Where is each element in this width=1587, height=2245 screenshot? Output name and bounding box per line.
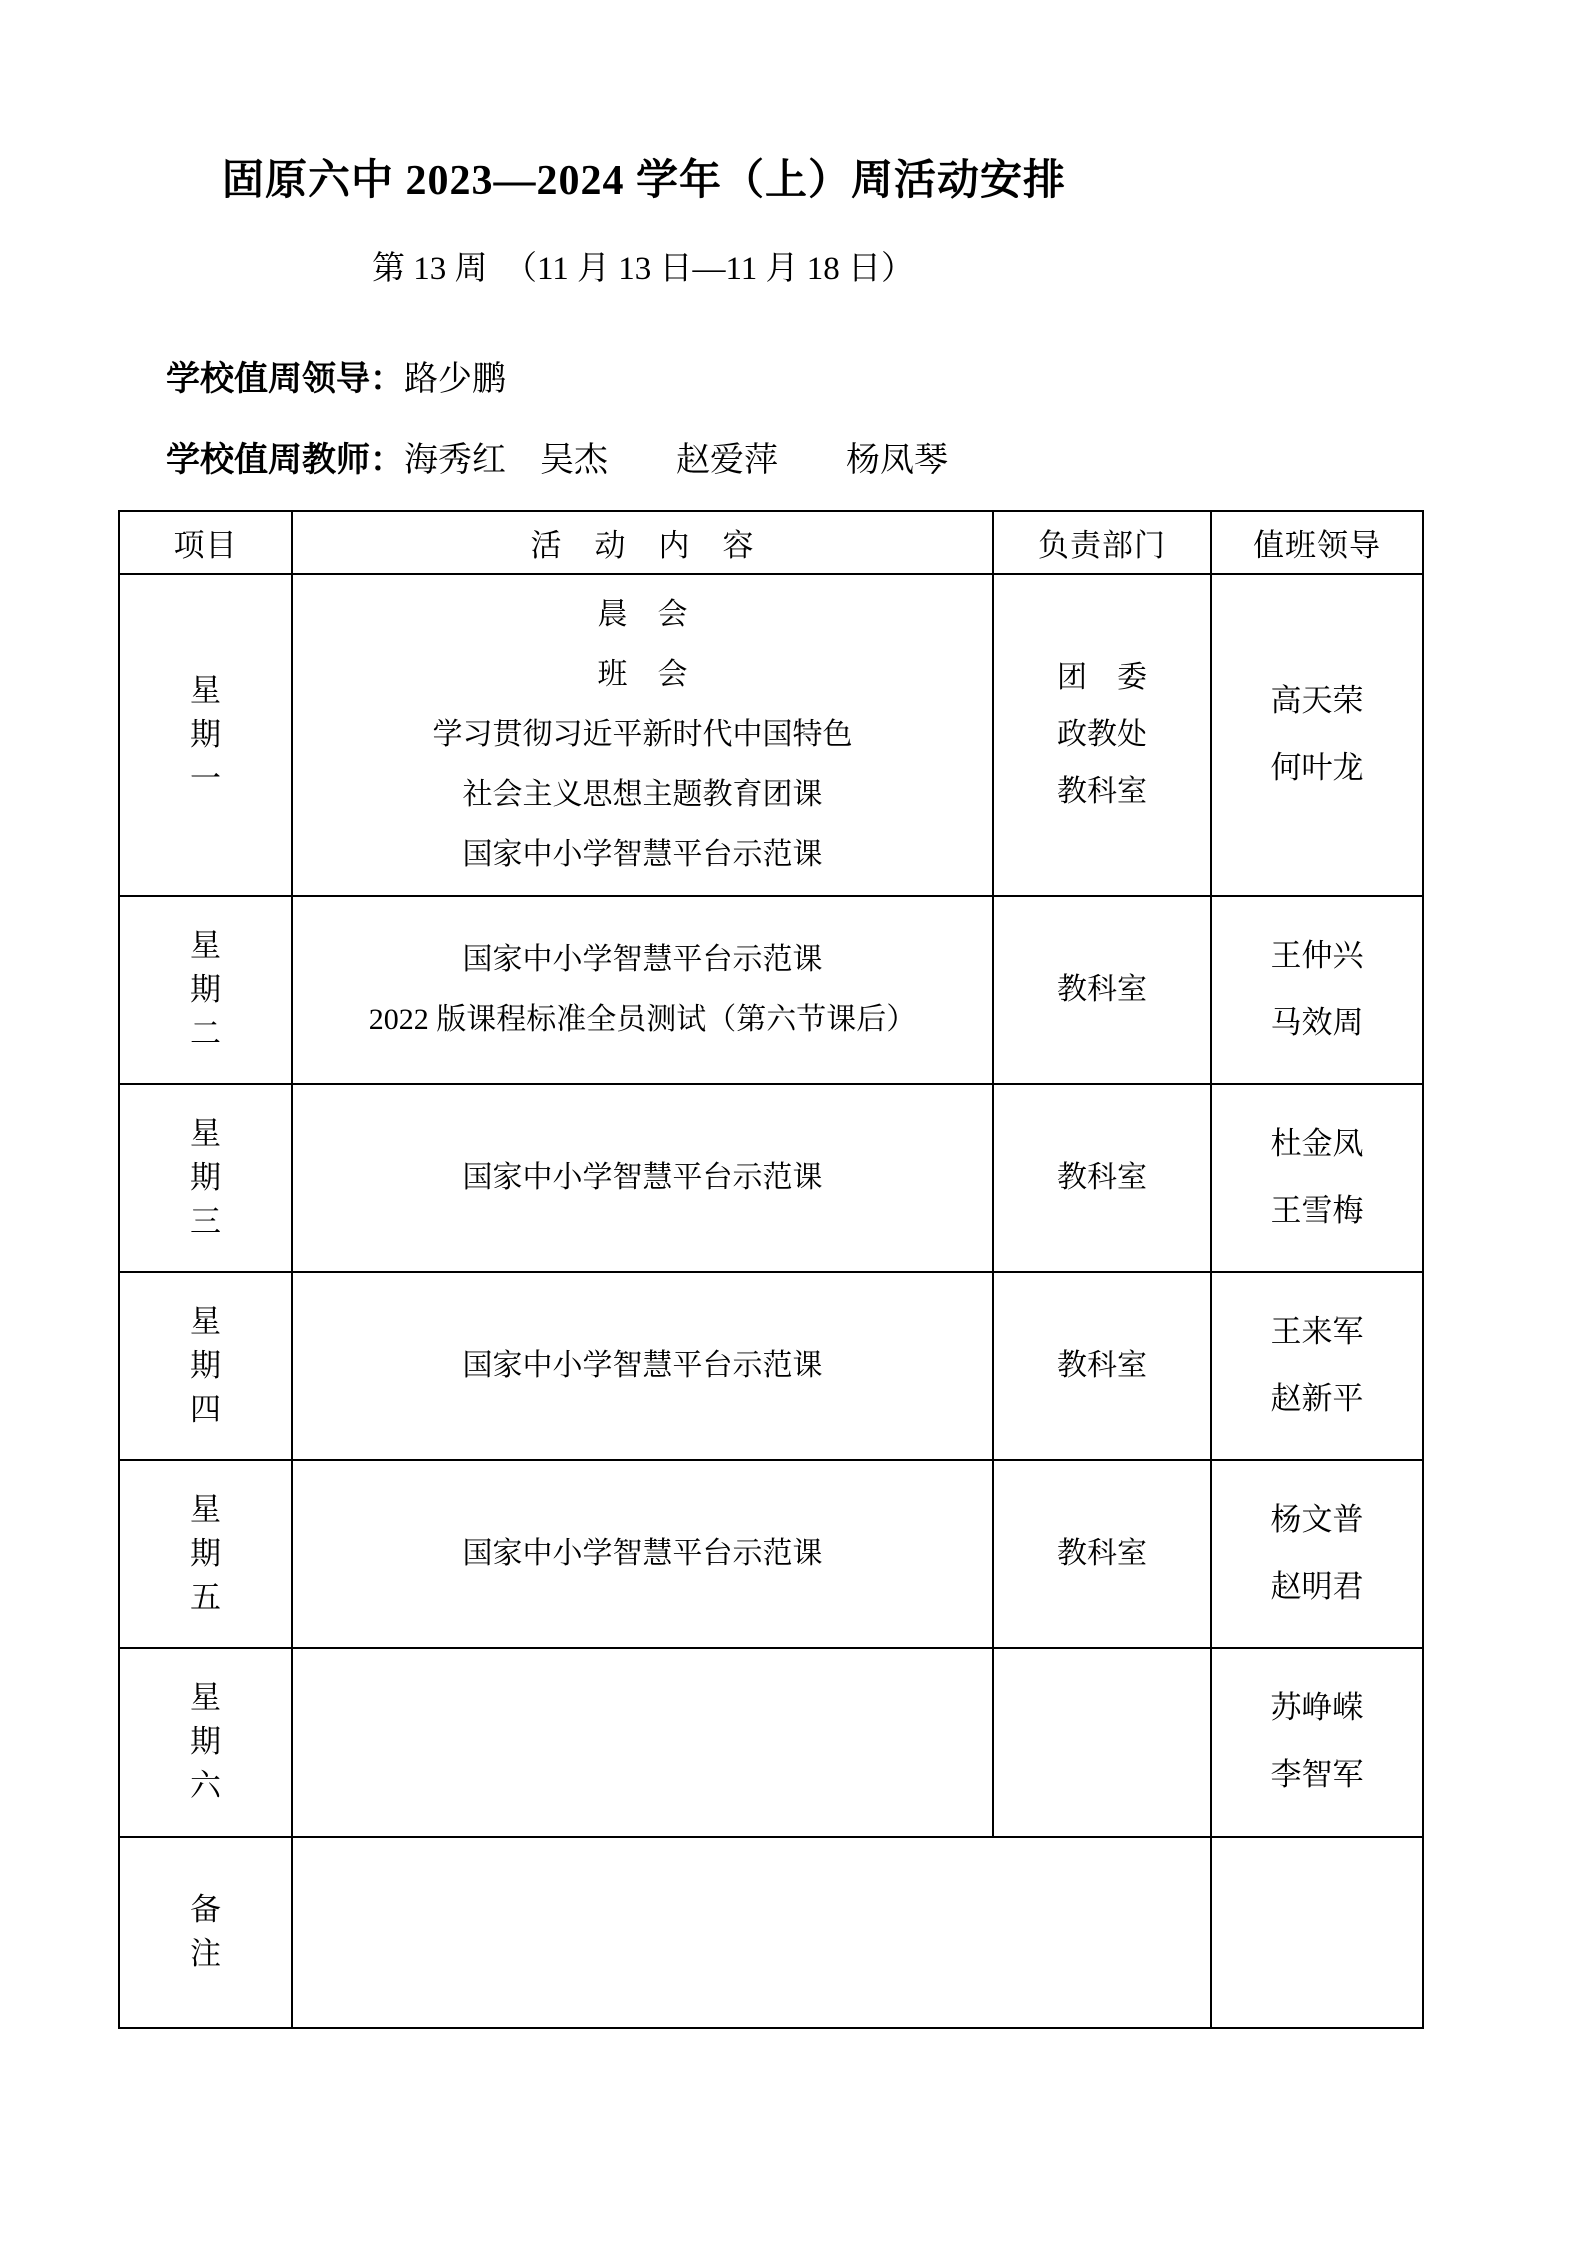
document-page: 固原六中 2023—2024 学年（上）周活动安排 第 13 周 （11 月 1… xyxy=(0,0,1587,2245)
leaders-cell: 苏峥嵘 李智军 xyxy=(1211,1648,1423,1837)
header-duty-leader: 值班领导 xyxy=(1211,511,1423,574)
activity-line: 社会主义思想主题教育团课 xyxy=(293,765,992,825)
duty-leader-name: 路少鹏 xyxy=(404,361,506,398)
activities-cell: 国家中小学智慧平台示范课 xyxy=(292,1272,993,1460)
leader-name: 何叶龙 xyxy=(1212,735,1422,802)
leader-name: 赵明君 xyxy=(1212,1554,1422,1621)
activity-line: 国家中小学智慧平台示范课 xyxy=(293,825,992,885)
department-cell: 教科室 xyxy=(993,896,1211,1084)
leader-name: 杨文普 xyxy=(1212,1487,1422,1554)
table-row-wednesday: 星期三 国家中小学智慧平台示范课 教科室 杜金凤 王雪梅 xyxy=(119,1084,1423,1272)
activity-line: 学习贯彻习近平新时代中国特色 xyxy=(293,705,992,765)
leaders-cell: 王仲兴 马效周 xyxy=(1211,896,1423,1084)
leaders-cell: 杨文普 赵明君 xyxy=(1211,1460,1423,1648)
day-label: 星期四 xyxy=(189,1300,222,1432)
day-label: 星期一 xyxy=(189,669,222,801)
department-line: 教科室 xyxy=(994,961,1210,1018)
department-cell: 教科室 xyxy=(993,1084,1211,1272)
activity-line: 国家中小学智慧平台示范课 xyxy=(293,1148,992,1208)
day-cell: 星期六 xyxy=(119,1648,292,1837)
department-cell: 教科室 xyxy=(993,1460,1211,1648)
activities-cell: 晨 会 班 会 学习贯彻习近平新时代中国特色 社会主义思想主题教育团课 国家中小… xyxy=(292,574,993,896)
activities-cell xyxy=(292,1648,993,1837)
duty-teachers-names: 海秀红 吴杰 赵爱萍 杨凤琴 xyxy=(404,442,948,479)
header-department: 负责部门 xyxy=(993,511,1211,574)
duty-teachers-label: 学校值周教师： xyxy=(166,442,404,479)
department-line: 教科室 xyxy=(994,1337,1210,1394)
day-label: 星期五 xyxy=(189,1488,222,1620)
table-row-friday: 星期五 国家中小学智慧平台示范课 教科室 杨文普 赵明君 xyxy=(119,1460,1423,1648)
remark-label: 备注 xyxy=(189,1888,222,1976)
department-cell: 团 委 政教处 教科室 xyxy=(993,574,1211,896)
activity-line: 国家中小学智慧平台示范课 xyxy=(293,1336,992,1396)
day-cell: 星期四 xyxy=(119,1272,292,1460)
department-line: 团 委 xyxy=(994,649,1210,706)
remark-content-cell xyxy=(292,1837,1211,2028)
leader-name: 杜金凤 xyxy=(1212,1111,1422,1178)
leader-name: 马效周 xyxy=(1212,990,1422,1057)
leaders-cell: 杜金凤 王雪梅 xyxy=(1211,1084,1423,1272)
leader-name: 苏峥嵘 xyxy=(1212,1675,1422,1742)
leader-name: 赵新平 xyxy=(1212,1366,1422,1433)
weekly-schedule-table: 项目 活 动 内 容 负责部门 值班领导 星期一 晨 会 班 会 学习贯彻习近平… xyxy=(118,510,1424,2029)
header-activity: 活 动 内 容 xyxy=(292,511,993,574)
day-cell: 星期二 xyxy=(119,896,292,1084)
leader-name: 李智军 xyxy=(1212,1742,1422,1809)
leader-name: 王来军 xyxy=(1212,1299,1422,1366)
department-line: 政教处 xyxy=(994,706,1210,763)
table-row-saturday: 星期六 苏峥嵘 李智军 xyxy=(119,1648,1423,1837)
leader-name: 王仲兴 xyxy=(1212,923,1422,990)
table-row-remark: 备注 xyxy=(119,1837,1423,2028)
day-label: 星期二 xyxy=(189,924,222,1056)
duty-leader-line: 学校值周领导：路少鹏 xyxy=(166,360,1587,401)
department-cell: 教科室 xyxy=(993,1272,1211,1460)
day-cell: 星期三 xyxy=(119,1084,292,1272)
day-cell: 星期一 xyxy=(119,574,292,896)
activities-cell: 国家中小学智慧平台示范课 xyxy=(292,1084,993,1272)
table-header-row: 项目 活 动 内 容 负责部门 值班领导 xyxy=(119,511,1423,574)
table-row-thursday: 星期四 国家中小学智慧平台示范课 教科室 王来军 赵新平 xyxy=(119,1272,1423,1460)
activity-line: 2022 版课程标准全员测试（第六节课后） xyxy=(293,990,992,1050)
activities-cell: 国家中小学智慧平台示范课 xyxy=(292,1460,993,1648)
day-label: 星期六 xyxy=(189,1676,222,1808)
activities-cell: 国家中小学智慧平台示范课 2022 版课程标准全员测试（第六节课后） xyxy=(292,896,993,1084)
leader-name: 王雪梅 xyxy=(1212,1178,1422,1245)
day-label: 星期三 xyxy=(189,1112,222,1244)
leaders-cell: 王来军 赵新平 xyxy=(1211,1272,1423,1460)
page-title: 固原六中 2023—2024 学年（上）周活动安排 xyxy=(222,156,1587,206)
table-row-monday: 星期一 晨 会 班 会 学习贯彻习近平新时代中国特色 社会主义思想主题教育团课 … xyxy=(119,574,1423,896)
remark-label-cell: 备注 xyxy=(119,1837,292,2028)
activity-line: 班 会 xyxy=(293,645,992,705)
page-subtitle: 第 13 周 （11 月 13 日—11 月 18 日） xyxy=(372,250,1587,290)
activity-line: 国家中小学智慧平台示范课 xyxy=(293,1524,992,1584)
duty-teachers-line: 学校值周教师：海秀红 吴杰 赵爱萍 杨凤琴 xyxy=(166,441,1587,482)
leaders-cell: 高天荣 何叶龙 xyxy=(1211,574,1423,896)
department-line: 教科室 xyxy=(994,1149,1210,1206)
activity-line: 国家中小学智慧平台示范课 xyxy=(293,930,992,990)
table-row-tuesday: 星期二 国家中小学智慧平台示范课 2022 版课程标准全员测试（第六节课后） 教… xyxy=(119,896,1423,1084)
day-cell: 星期五 xyxy=(119,1460,292,1648)
activity-line: 晨 会 xyxy=(293,585,992,645)
leader-name: 高天荣 xyxy=(1212,668,1422,735)
remark-leader-cell xyxy=(1211,1837,1423,2028)
department-line: 教科室 xyxy=(994,1525,1210,1582)
duty-leader-label: 学校值周领导： xyxy=(166,361,404,398)
department-line: 教科室 xyxy=(994,763,1210,820)
header-item: 项目 xyxy=(119,511,292,574)
department-cell xyxy=(993,1648,1211,1837)
